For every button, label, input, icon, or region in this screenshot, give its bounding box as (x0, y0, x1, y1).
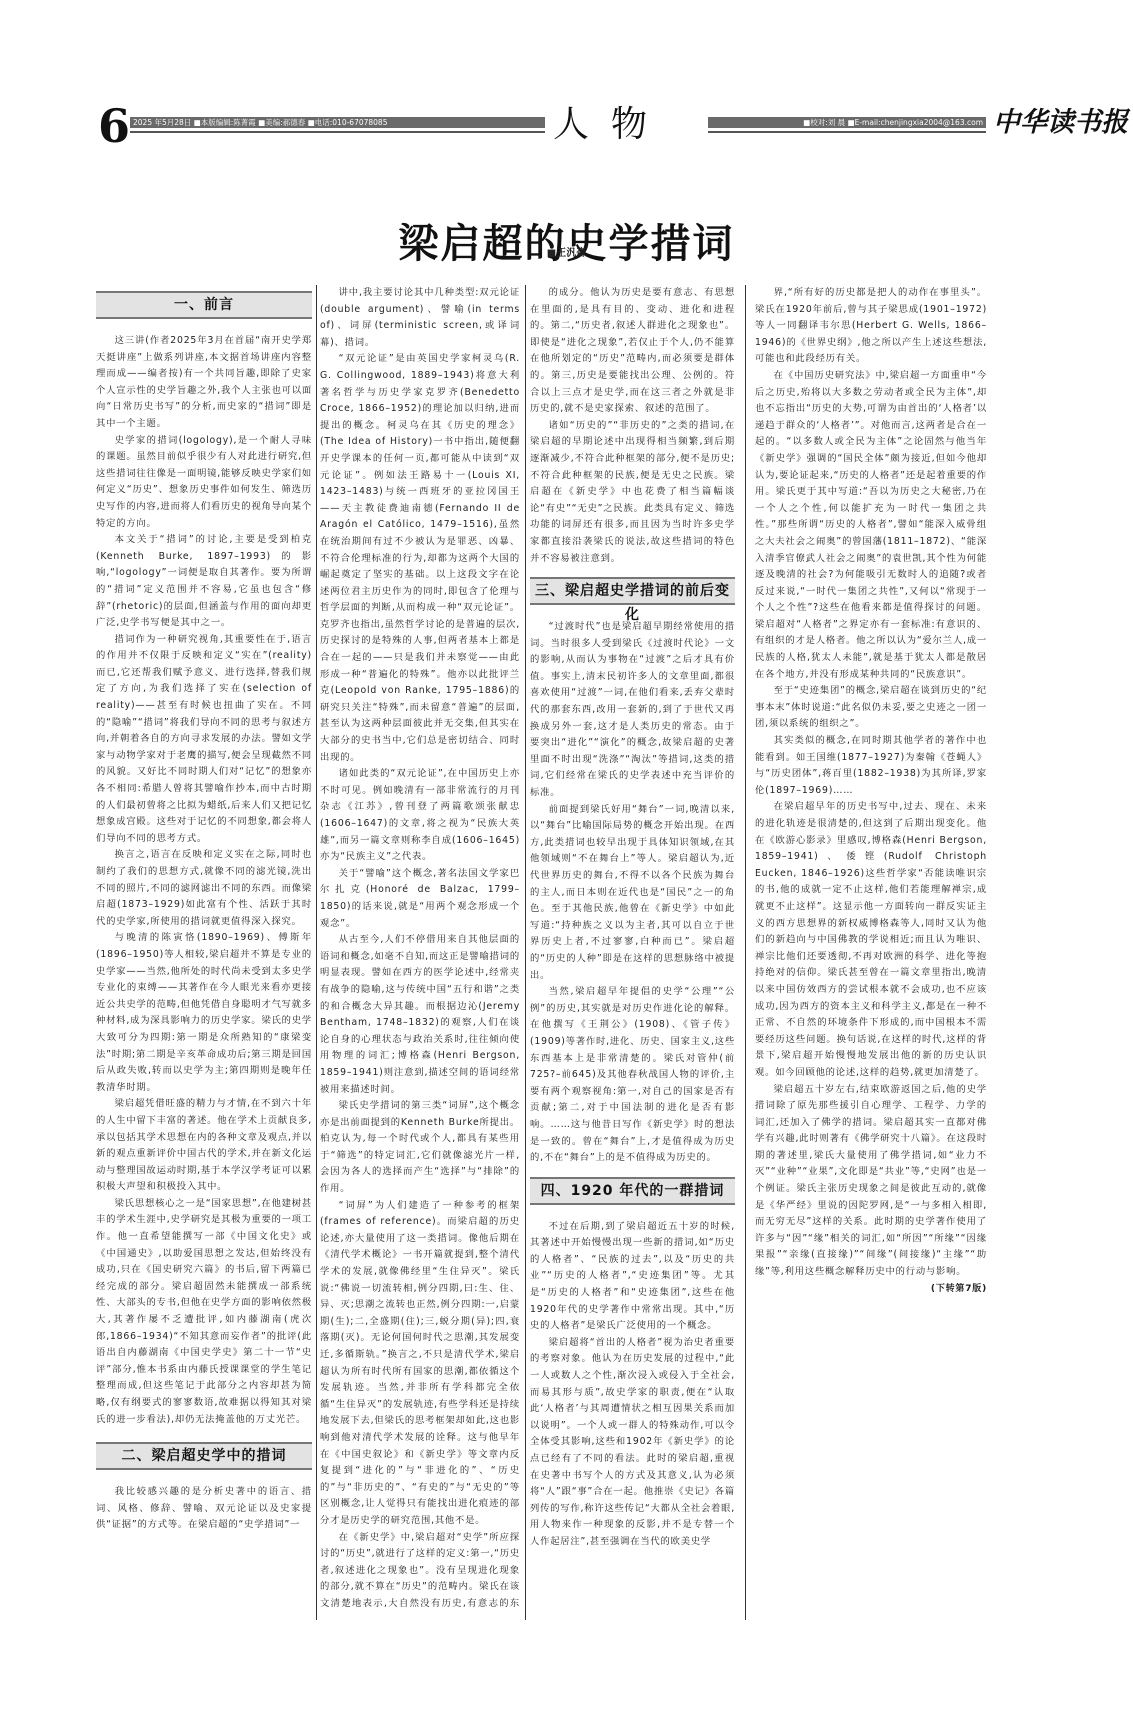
paragraph: 梁氏史学措词的第三类“词屏”,这个概念亦是出前面提到的Kenneth Burke… (320, 1098, 520, 1198)
col1-s2-body: 我比较感兴趣的是分析史著中的语言、措词、风格、修辞、譬喻、双元论证以及史家提供“… (96, 1484, 312, 1534)
masthead: 6 2025 年5月28日 ■本版编辑:陈菁霞 ■美编:郝德春 ■电话:010-… (98, 103, 998, 153)
paragraph: 当然,梁启超早年提倡的史学“公理”“公例”的历史,其实就是对历史作进化论的解释。… (530, 984, 735, 1167)
col4-body: 界,“所有好的历史都是把人的动作在事里头”。梁氏在1920年前后,曾与其子梁思成… (755, 285, 987, 1281)
paragraph: 这三讲(作者2025年3月在首届“南开史学郑天挺讲座”上做系列讲座,本文据首场讲… (96, 333, 312, 433)
section-name: 人物 (553, 103, 669, 147)
paragraph: 的成分。他认为历史是要有意志、有思想在里面的,是具有目的、变动、进化和进程的。第… (530, 285, 735, 418)
paragraph: 史学家的措词(logology),是一个耐人寻味的课题。虽然目前似乎很少有人对此… (96, 433, 312, 533)
paragraph: 界,“所有好的历史都是把人的动作在事里头”。梁氏在1920年前后,曾与其子梁思成… (755, 285, 987, 368)
paragraph: 在《中国历史研究法》中,梁启超一方面重申“今后之历史,殆将以大多数之劳动者或全民… (755, 368, 987, 683)
paragraph: 梁启超将“首出的人格者”视为治史者重要的考察对象。他认为在历史发展的过程中,“此… (530, 1335, 735, 1551)
paragraph: 措词作为一种研究视角,其重要性在于,语言的作用并不仅限于反映和定义“实在”(re… (96, 632, 312, 848)
paragraph: 不过在后期,到了梁启超近五十岁的时候,其著述中开始慢慢出现一些新的措词,如“历史… (530, 1219, 735, 1335)
paragraph: 与晚清的陈寅恪(1890–1969)、傅斯年(1896–1950)等人相较,梁启… (96, 930, 312, 1096)
newspaper-logo: 中华读书报 (993, 105, 1128, 141)
paragraph: 梁启超五十岁左右,结束欧游返国之后,他的史学措词除了原先那些援引自心理学、工程学… (755, 1082, 987, 1281)
edition-info-bar: 2025 年5月28日 ■本版编辑:陈菁霞 ■美编:郝德春 ■电话:010-67… (130, 117, 545, 128)
paragraph: 梁启超凭借旺盛的精力与才情,在不到六十年的人生中留下丰富的著述。他在学术上贡献良… (96, 1096, 312, 1196)
paragraph: 其实类似的概念,在同时期其他学者的著作中也能看到。如王国维(1877–1927)… (755, 733, 987, 799)
paragraph: 讲中,我主要讨论其中几种类型:双元论证(double argument)、譬喻(… (320, 285, 520, 351)
masthead-rule-left (130, 131, 545, 133)
paragraph: 从古至今,人们不停借用来自其他层面的语词和概念,如毫不自知,而这正是譬喻措词的明… (320, 932, 520, 1098)
paragraph: 本文关于“措词”的讨论,主要是受到柏克(Kenneth Burke, 1897–… (96, 532, 312, 632)
col3-s3-body: “过渡时代”也是梁启超早期经常使用的措词。当时很多人受到梁氏《过渡时代论》一文的… (530, 619, 735, 1167)
col3-body: 的成分。他认为历史是要有意志、有思想在里面的,是具有目的、变动、进化和进程的。第… (530, 285, 735, 567)
column-divider (745, 285, 746, 1620)
paragraph: “词屏”为人们建造了一种参考的框架(frames of reference)。而… (320, 1198, 520, 1530)
article-byline: ■王汎森 (0, 244, 1133, 259)
article-column-4: 界,“所有好的历史都是把人的动作在事里头”。梁氏在1920年前后,曾与其子梁思成… (755, 285, 987, 1615)
proofreader-info-bar: ■校对:刘 晨 ■E-mail:chenjingxia2004@163.com (708, 117, 986, 128)
paragraph: 关于“譬喻”这个概念,著名法国文学家巴尔扎克(Honoré de Balzac,… (320, 866, 520, 932)
paragraph: 在《新史学》中,梁启超对“史学”所应探讨的“历史”,就进行了这样的定义:第一,“… (320, 1530, 520, 1615)
paragraph: 在梁启超早年的历史书写中,过去、现在、未来的进化轨迹是很清楚的,但这到了后期出现… (755, 799, 987, 1081)
paragraph: 梁氏思想核心之一是“国家思想”,在他建树甚丰的学术生涯中,史学研究是其极为重要的… (96, 1196, 312, 1428)
paragraph: “过渡时代”也是梁启超早期经常使用的措词。当时很多人受到梁氏《过渡时代论》一文的… (530, 619, 735, 802)
col3-s4-body: 不过在后期,到了梁启超近五十岁的时候,其著述中开始慢慢出现一些新的措词,如“历史… (530, 1219, 735, 1551)
col1-body: 这三讲(作者2025年3月在首届“南开史学郑天挺讲座”上做系列讲座,本文据首场讲… (96, 333, 312, 1428)
section-heading-4: 四、1920 年代的一群措词 (530, 1177, 735, 1205)
col2-body: 讲中,我主要讨论其中几种类型:双元论证(double argument)、譬喻(… (320, 285, 520, 1615)
article-column-1: 一、前言 这三讲(作者2025年3月在首届“南开史学郑天挺讲座”上做系列讲座,本… (96, 285, 312, 1615)
article-column-3: 的成分。他认为历史是要有意志、有思想在里面的,是具有目的、变动、进化和进程的。第… (530, 285, 735, 1615)
paragraph: 换言之,语言在反映和定义实在之际,同时也制约了我们的思想方式,就像不同的滤光镜,… (96, 847, 312, 930)
article-column-2: 讲中,我主要讨论其中几种类型:双元论证(double argument)、譬喻(… (320, 285, 520, 1615)
paragraph: 前面提到梁氏好用“舞台”一词,晚清以来,以“舞台”比喻国际局势的概念开始出现。在… (530, 802, 735, 985)
section-heading-3: 三、梁启超史学措词的前后变化 (530, 577, 735, 605)
paragraph: 至于“史迹集团”的概念,梁启超在谈到历史的“纪事本末”体时说道:“此名似仍未妥,… (755, 683, 987, 733)
article-title: 梁启超的史学措词 (0, 212, 1133, 269)
column-divider (525, 285, 526, 1620)
paragraph: 我比较感兴趣的是分析史著中的语言、措词、风格、修辞、譬喻、双元论证以及史家提供“… (96, 1484, 312, 1534)
section-heading-2: 二、梁启超史学中的措词 (96, 1442, 312, 1470)
paragraph: “双元论证”是由英国史学家柯灵乌(R. G. Collingwood, 1889… (320, 351, 520, 766)
paragraph: 诸如“历史的”“非历史的”之类的措词,在梁启超的早期论述中出现得相当频繁,到后期… (530, 418, 735, 567)
paragraph: 诸如此类的“双元论证”,在中国历史上亦不时可见。例如晚清有一部非常流行的月刊杂志… (320, 766, 520, 866)
section-heading-1: 一、前言 (96, 291, 312, 319)
page-number: 6 (98, 103, 130, 149)
continued-note: (下转第7版) (755, 1281, 987, 1298)
masthead-rule-right (708, 131, 986, 133)
column-divider (316, 285, 317, 1620)
